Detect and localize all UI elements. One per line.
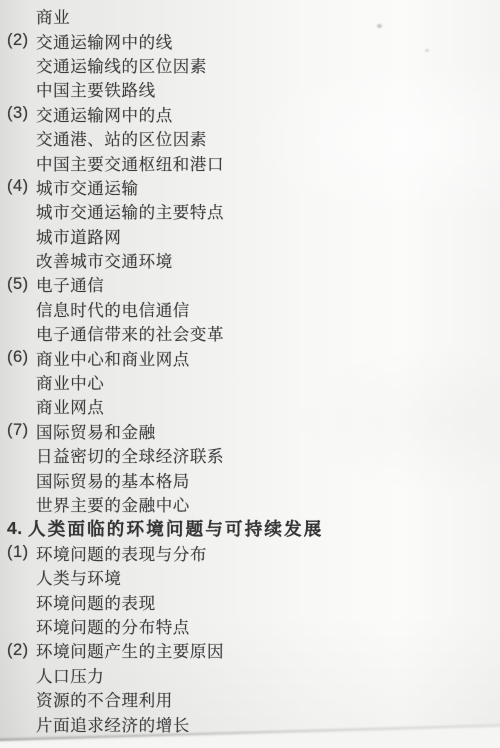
outline-line: 人口压力: [0, 663, 500, 687]
outline-line-number: (3): [7, 104, 36, 123]
outline-line: 4. 人类面临的环境问题与可持续发展: [0, 516, 500, 540]
outline-line: 资源的不合理利用: [0, 687, 500, 711]
outline-line: (3) 交通运输网中的点: [0, 102, 500, 126]
outline-line: (1) 环境问题的表现与分布: [0, 541, 500, 565]
outline-line: 商业网点: [0, 394, 500, 418]
outline-line: 改善城市交通环境: [0, 248, 500, 272]
outline-line: 电子通信带来的社会变革: [0, 321, 500, 345]
scan-speck: [425, 49, 429, 52]
outline-line-number: (6): [7, 348, 36, 367]
outline-list: 商业 (2) 交通运输网中的线 交通运输线的区位因素 中国主要铁路线 (3) 交…: [0, 4, 500, 736]
outline-line-number: (2): [7, 31, 36, 50]
outline-line-text: 交通港、站的区位因素: [36, 126, 207, 150]
outline-line: 交通港、站的区位因素: [0, 126, 500, 150]
outline-line: 世界主要的金融中心: [0, 492, 500, 516]
outline-line: 信息时代的电信通信: [0, 297, 500, 321]
outline-line-text: 人口压力: [36, 663, 104, 687]
outline-line: 环境问题的分布特点: [0, 614, 500, 638]
outline-line-text: 人类面临的环境问题与可持续发展: [28, 516, 324, 541]
outline-line: 环境问题的表现: [0, 589, 500, 613]
outline-line: 中国主要铁路线: [0, 77, 500, 101]
outline-line: 城市道路网: [0, 224, 500, 248]
outline-line-text: 电子通信: [36, 272, 104, 296]
outline-line-text: 城市交通运输的主要特点: [36, 199, 224, 223]
outline-line: (6) 商业中心和商业网点: [0, 345, 500, 369]
outline-line-text: 商业中心和商业网点: [36, 346, 190, 370]
outline-line-text: 环境问题产生的主要原因: [36, 638, 224, 662]
outline-line-number: 4.: [7, 518, 28, 539]
outline-line-text: 交通运输线的区位因素: [36, 53, 207, 77]
outline-line-text: 日益密切的全球经济联系: [36, 443, 224, 467]
outline-line: 中国主要交通枢纽和港口: [0, 150, 500, 174]
outline-line-number: (5): [7, 275, 36, 294]
outline-line-text: 世界主要的金融中心: [36, 492, 190, 516]
outline-line-text: 环境问题的分布特点: [36, 614, 190, 638]
outline-line: (7) 国际贸易和金融: [0, 419, 500, 443]
outline-line-number: (7): [7, 421, 36, 440]
outline-line-text: 信息时代的电信通信: [36, 297, 190, 321]
outline-line-text: 商业: [36, 4, 70, 28]
outline-line-text: 环境问题的表现: [36, 590, 156, 614]
outline-line-text: 资源的不合理利用: [36, 687, 173, 711]
outline-line: 国际贸易的基本格局: [0, 467, 500, 491]
outline-line-text: 电子通信带来的社会变革: [36, 321, 224, 345]
outline-line: 商业: [0, 4, 500, 28]
outline-line: 城市交通运输的主要特点: [0, 199, 500, 223]
outline-line-number: (2): [7, 641, 36, 660]
outline-line-text: 城市交通运输: [36, 175, 139, 199]
outline-line: (2) 环境问题产生的主要原因: [0, 638, 500, 662]
outline-line: 日益密切的全球经济联系: [0, 443, 500, 467]
outline-line-text: 交通运输网中的点: [36, 102, 173, 126]
outline-line-text: 商业中心: [36, 370, 104, 394]
outline-line-text: 人类与环境: [36, 565, 122, 589]
outline-line: 商业中心: [0, 370, 500, 394]
paper-sheet: 商业 (2) 交通运输网中的线 交通运输线的区位因素 中国主要铁路线 (3) 交…: [0, 0, 500, 748]
outline-line-text: 片面追求经济的增长: [36, 712, 190, 736]
outline-line: (5) 电子通信: [0, 272, 500, 296]
outline-line: 交通运输线的区位因素: [0, 53, 500, 77]
scan-speck: [377, 24, 382, 28]
outline-line-text: 改善城市交通环境: [36, 248, 173, 272]
outline-line-text: 商业网点: [36, 394, 104, 418]
outline-line-text: 国际贸易的基本格局: [36, 468, 190, 492]
outline-line-text: 中国主要交通枢纽和港口: [36, 151, 224, 175]
outline-line: (4) 城市交通运输: [0, 175, 500, 199]
outline-line-text: 国际贸易和金融: [36, 419, 156, 443]
scanned-document: 商业 (2) 交通运输网中的线 交通运输线的区位因素 中国主要铁路线 (3) 交…: [0, 0, 500, 748]
outline-line-text: 城市道路网: [36, 224, 122, 248]
outline-line-number: (4): [7, 177, 36, 196]
outline-line-number: (1): [7, 543, 36, 562]
outline-line-text: 中国主要铁路线: [36, 77, 156, 101]
outline-line: 人类与环境: [0, 565, 500, 589]
outline-line-text: 环境问题的表现与分布: [36, 541, 207, 565]
outline-line-text: 交通运输网中的线: [36, 29, 173, 53]
